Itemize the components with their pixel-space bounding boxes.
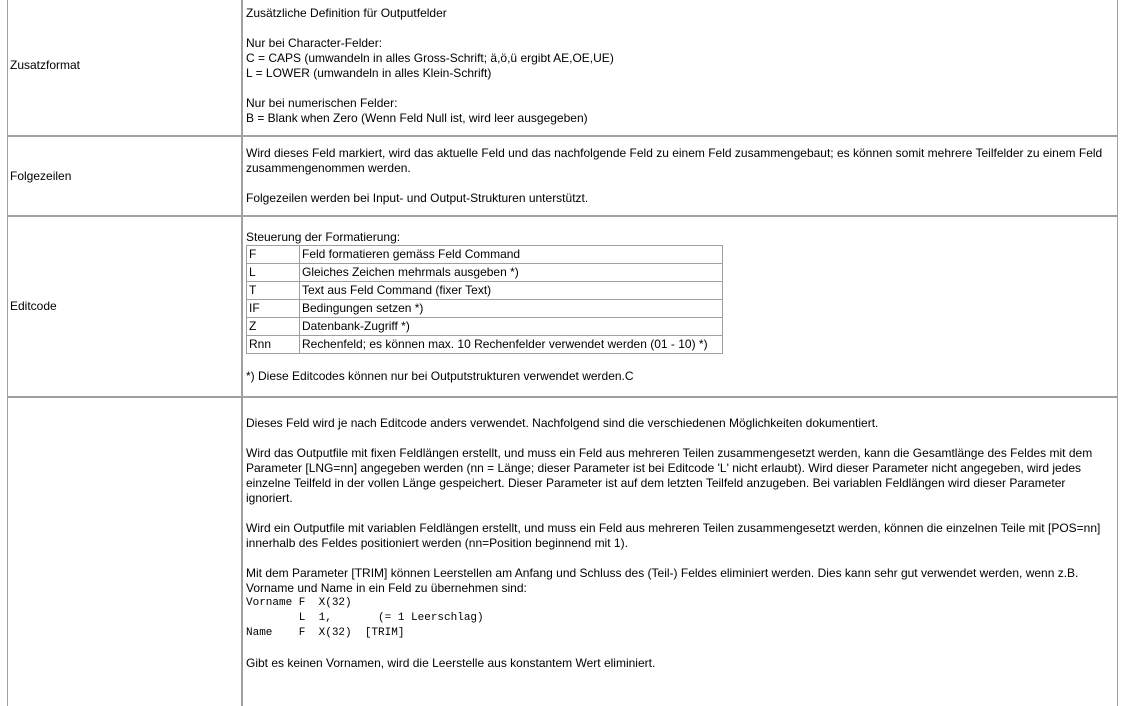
desc-cell: Text aus Feld Command (fixer Text) <box>300 281 723 299</box>
desc-cell: Feld formatieren gemäss Feld Command <box>300 245 723 263</box>
text: Nur bei numerischen Felder: <box>246 96 1115 111</box>
row-folgezeilen: Folgezeilen Wird dieses Feld markiert, w… <box>8 135 1117 215</box>
field-definition-table: Zusatzformat Zusätzliche Definition für … <box>7 0 1118 697</box>
description-cell: Steuerung der Formatierung: FFeld format… <box>243 215 1117 396</box>
text: Steuerung der Formatierung: <box>246 230 1115 245</box>
desc-cell: Rechenfeld; es können max. 10 Rechenfeld… <box>300 335 723 353</box>
label-cell <box>8 396 243 697</box>
table-row: IFBedingungen setzen *) <box>247 299 723 317</box>
table-row: FFeld formatieren gemäss Feld Command <box>247 245 723 263</box>
text: C = CAPS (umwandeln in alles Gross-Schri… <box>246 51 1115 66</box>
text: Folgezeilen werden bei Input- und Output… <box>246 191 1115 206</box>
code-cell: L <box>247 263 300 281</box>
code-cell: IF <box>247 299 300 317</box>
row-editcode: Editcode Steuerung der Formatierung: FFe… <box>8 215 1117 396</box>
code-cell: Rnn <box>247 335 300 353</box>
text: L = LOWER (umwandeln in alles Klein-Schr… <box>246 66 1115 81</box>
label-cell: Folgezeilen <box>8 135 243 215</box>
desc-cell: Datenbank-Zugriff *) <box>300 317 723 335</box>
table-row: ZDatenbank-Zugriff *) <box>247 317 723 335</box>
text: Gibt es keinen Vornamen, wird die Leerst… <box>246 656 1115 671</box>
table-row: RnnRechenfeld; es können max. 10 Rechenf… <box>247 335 723 353</box>
code-cell: Z <box>247 317 300 335</box>
row-zusatzformat: Zusatzformat Zusätzliche Definition für … <box>8 0 1117 135</box>
label-cell: Editcode <box>8 215 243 396</box>
text: Wird das Outputfile mit fixen Feldlängen… <box>246 446 1115 506</box>
code-example: Vorname F X(32) L 1, (= 1 Leerschlag) Na… <box>246 596 1115 641</box>
footnote: *) Diese Editcodes können nur bei Output… <box>246 369 1115 384</box>
label-cell: Zusatzformat <box>8 0 243 135</box>
description-cell: Zusätzliche Definition für Outputfelder … <box>243 0 1117 135</box>
description-cell: Wird dieses Feld markiert, wird das aktu… <box>243 135 1117 215</box>
text: Nur bei Character-Felder: <box>246 36 1115 51</box>
text: Wird ein Outputfile mit variablen Feldlä… <box>246 521 1115 551</box>
text: Zusätzliche Definition für Outputfelder <box>246 6 1115 21</box>
desc-cell: Bedingungen setzen *) <box>300 299 723 317</box>
text: Wird dieses Feld markiert, wird das aktu… <box>246 146 1115 176</box>
text: Mit dem Parameter [TRIM] können Leerstel… <box>246 566 1115 596</box>
desc-cell: Gleiches Zeichen mehrmals ausgeben *) <box>300 263 723 281</box>
text: Dieses Feld wird je nach Editcode anders… <box>246 416 1115 431</box>
table-row: LGleiches Zeichen mehrmals ausgeben *) <box>247 263 723 281</box>
text: B = Blank when Zero (Wenn Feld Null ist,… <box>246 111 1115 126</box>
code-cell: T <box>247 281 300 299</box>
description-cell: Dieses Feld wird je nach Editcode anders… <box>243 396 1117 697</box>
editcode-table: FFeld formatieren gemäss Feld Command LG… <box>246 245 723 354</box>
table-row: TText aus Feld Command (fixer Text) <box>247 281 723 299</box>
row-command: Dieses Feld wird je nach Editcode anders… <box>8 396 1117 697</box>
code-cell: F <box>247 245 300 263</box>
